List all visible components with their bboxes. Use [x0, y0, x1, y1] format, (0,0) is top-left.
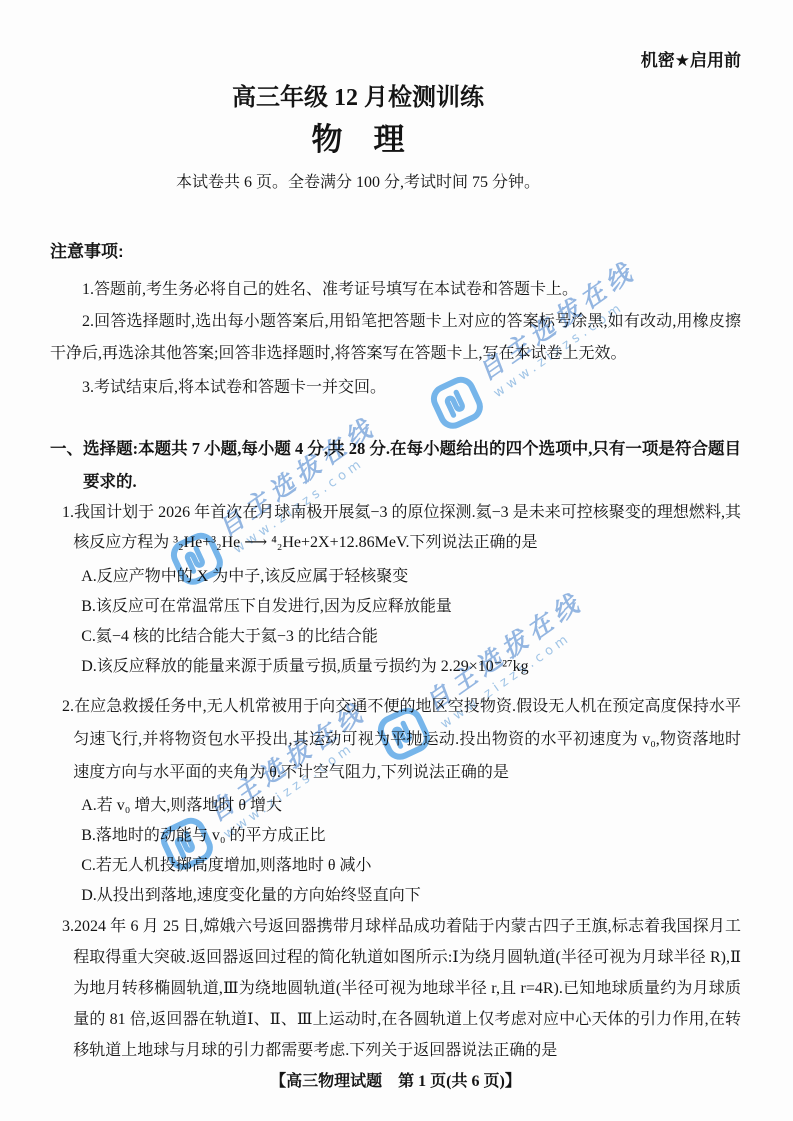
note-item-2: 2.回答选择题时,选出每小题答案后,用铅笔把答题卡上对应的答案标号涂黑,如有改动… — [50, 306, 741, 370]
question-2-option-b: B.落地时的动能与 v₀ 的平方成正比 — [81, 821, 741, 851]
note-item-3: 3.考试结束后,将本试卷和答题卡一并交回。 — [50, 372, 741, 404]
exam-title: 高三年级 12 月检测训练 — [50, 84, 666, 112]
question-2-option-a: A.若 v₀ 增大,则落地时 θ 增大 — [81, 791, 741, 821]
note-item-1: 1.答题前,考生务必将自己的姓名、准考证号填写在本试卷和答题卡上。 — [50, 274, 741, 306]
section-one-heading: 一、选择题:本题共 7 小题,每小题 4 分,共 28 分.在每小题给出的四个选… — [50, 432, 741, 498]
question-2-option-c: C.若无人机投掷高度增加,则落地时 θ 减小 — [81, 851, 741, 881]
question-1-option-c: C.氦−4 核的比结合能大于氦−3 的比结合能 — [81, 622, 741, 652]
question-2-option-d: D.从投出到落地,速度变化量的方向始终竖直向下 — [81, 881, 741, 911]
question-1-stem: 1.我国计划于 2026 年首次在月球南极开展氦−3 的原位探测.氦−3 是未来… — [50, 498, 741, 558]
question-1-options: A.反应产物中的 X 为中子,该反应属于轻核聚变 B.该反应可在常温常压下自发进… — [50, 562, 741, 682]
question-2: 2.在应急救援任务中,无人机常被用于向交通不便的地区空投物资.假设无人机在预定高… — [50, 690, 741, 911]
notes-section: 注意事项: 1.答题前,考生务必将自己的姓名、准考证号填写在本试卷和答题卡上。 … — [50, 240, 741, 404]
question-1-option-b: B.该反应可在常温常压下自发进行,因为反应释放能量 — [81, 592, 741, 622]
question-1-option-d: D.该反应释放的能量来源于质量亏损,质量亏损约为 2.29×10⁻²⁷kg — [81, 652, 741, 682]
question-2-stem: 2.在应急救援任务中,无人机常被用于向交通不便的地区空投物资.假设无人机在预定高… — [50, 690, 741, 789]
question-3-stem: 3.2024 年 6 月 25 日,嫦娥六号返回器携带月球样品成功着陆于内蒙古四… — [50, 911, 741, 1066]
exam-paper-page: 机密★启用前 高三年级 12 月检测训练 物 理 本试卷共 6 页。全卷满分 1… — [0, 0, 793, 1121]
question-2-options: A.若 v₀ 增大,则落地时 θ 增大 B.落地时的动能与 v₀ 的平方成正比 … — [50, 791, 741, 911]
notes-heading: 注意事项: — [50, 240, 741, 264]
subject-title: 物 理 — [50, 122, 666, 158]
exam-info-line: 本试卷共 6 页。全卷满分 100 分,考试时间 75 分钟。 — [50, 172, 666, 194]
question-1-option-a: A.反应产物中的 X 为中子,该反应属于轻核聚变 — [81, 562, 741, 592]
question-3: 3.2024 年 6 月 25 日,嫦娥六号返回器携带月球样品成功着陆于内蒙古四… — [50, 911, 741, 1066]
question-1: 1.我国计划于 2026 年首次在月球南极开展氦−3 的原位探测.氦−3 是未来… — [50, 498, 741, 682]
secrecy-notice: 机密★启用前 — [50, 50, 741, 72]
page-footer: 【高三物理试题 第 1 页(共 6 页)】 — [50, 1071, 741, 1093]
